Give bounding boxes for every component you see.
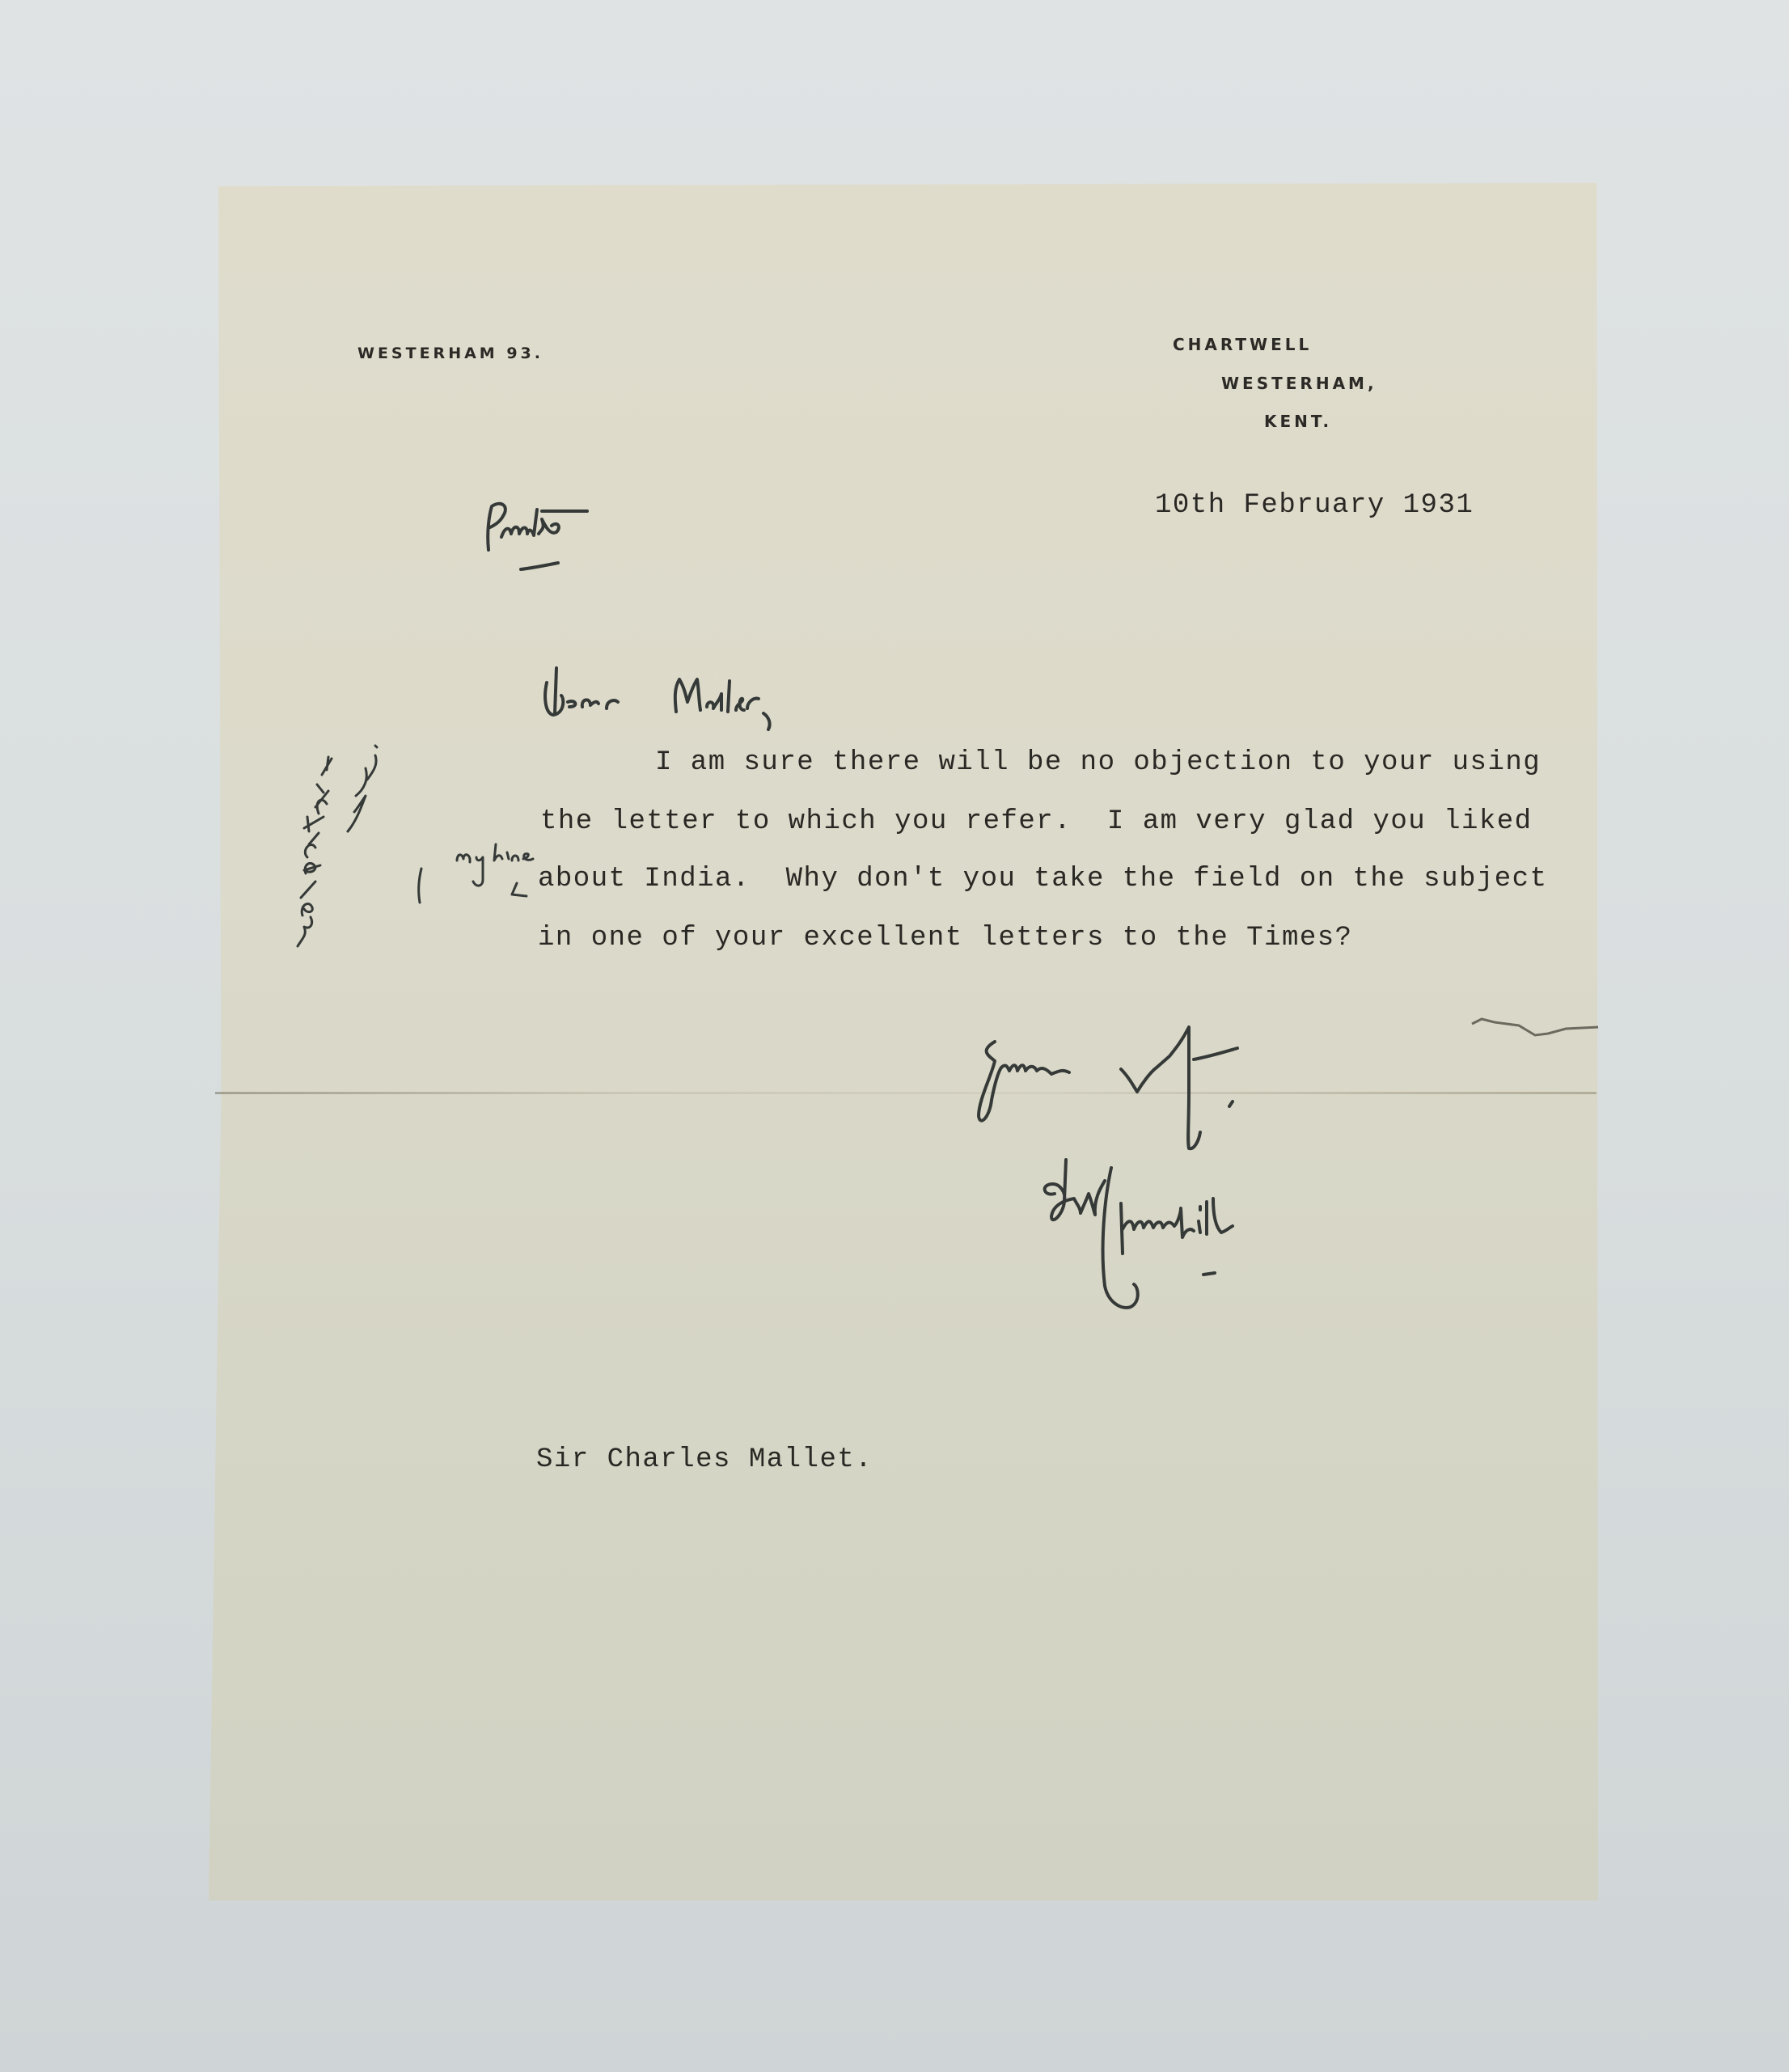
letter-date: 10th February 1931 [1155, 490, 1474, 521]
body-line-1: I am sure there will be no objection to … [655, 747, 1541, 778]
body-line-3: about India. Why don't you take the fiel… [538, 864, 1548, 894]
letterhead-address-line-3: KENT. [1264, 412, 1332, 431]
recipient-name: Sir Charles Mallet. [536, 1444, 873, 1475]
fold-crease [215, 1092, 1597, 1094]
signature-handwriting-icon [1027, 1148, 1383, 1334]
private-handwriting-icon [485, 501, 607, 574]
body-line-4: in one of your excellent letters to the … [538, 923, 1353, 954]
salutation-handwriting-icon [540, 665, 815, 729]
letterhead-telephone: WESTERHAM 93. [357, 345, 543, 362]
paper-tear [1470, 1017, 1600, 1050]
letterhead-address-line-1: CHARTWELL [1173, 335, 1312, 354]
insertion-handwriting-icon [408, 841, 546, 922]
letterhead-address-line-2: WESTERHAM, [1221, 374, 1377, 393]
letter-photo: WESTERHAM 93. CHARTWELL WESTERHAM, KENT.… [0, 0, 1789, 2072]
paper-sheet [209, 183, 1598, 1901]
closing-handwriting-icon [962, 1003, 1334, 1148]
body-line-2: the letter to which you refer. I am very… [540, 806, 1533, 837]
margin-annotation-handwriting-icon [291, 744, 380, 954]
